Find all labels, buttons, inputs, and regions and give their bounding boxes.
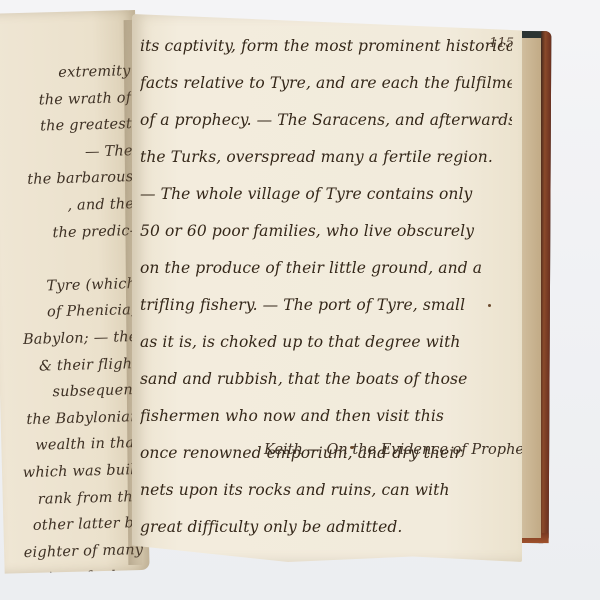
right-line: of a prophecy. — The Saracens, and after… xyxy=(140,102,512,139)
left-line: which was built xyxy=(2,457,142,487)
right-line: on the produce of their little ground, a… xyxy=(140,250,512,287)
right-line: its captivity, form the most prominent h… xyxy=(140,28,512,65)
left-page-text: extremity the wrath of the greatest — Th… xyxy=(0,58,144,573)
left-line: of Phenicia) xyxy=(0,297,137,327)
right-line: 50 or 60 poor families, who live obscure… xyxy=(140,213,512,250)
left-line: Babylon; — the xyxy=(0,324,138,354)
right-line: sand and rubbish, that the boats of thos… xyxy=(140,361,512,398)
left-line: the Babylonian xyxy=(0,404,140,434)
right-page: 115 its captivity, form the most promine… xyxy=(132,14,522,562)
right-line: the Turks, overspread many a fertile reg… xyxy=(140,139,512,176)
left-line: Tyre (which xyxy=(0,271,137,301)
manuscript-photo: extremity the wrath of the greatest — Th… xyxy=(0,0,600,600)
left-line xyxy=(0,244,136,274)
right-line: facts relative to Tyre, and are each the… xyxy=(140,65,512,102)
left-line: — The xyxy=(0,138,133,168)
left-line: wealth in that xyxy=(1,430,141,460)
left-line: & their flight xyxy=(0,351,139,381)
right-line: great difficulty only be admitted. xyxy=(140,509,512,546)
left-line: , and the xyxy=(0,191,134,221)
left-line: extremity xyxy=(0,58,131,88)
right-line: nets upon its rocks and ruins, can with xyxy=(140,472,512,509)
left-line: the wrath of xyxy=(0,85,132,115)
left-line: the barbarous xyxy=(0,164,134,194)
right-line: trifling fishery. — The port of Tyre, sm… xyxy=(140,287,512,324)
left-line: eighter of many xyxy=(4,537,144,567)
left-line: subsequent xyxy=(0,377,139,407)
left-line: rank from the xyxy=(2,483,142,513)
ink-spot xyxy=(350,446,354,449)
right-line: — The whole village of Tyre contains onl… xyxy=(140,176,512,213)
attribution: Keith — On the Evidence of Prophecy xyxy=(264,442,540,458)
left-line: the predic- xyxy=(0,218,135,248)
right-page-text: its captivity, form the most prominent h… xyxy=(140,28,512,546)
ink-spot xyxy=(488,304,491,307)
left-line: the greatest xyxy=(0,111,132,141)
left-line: other latter by xyxy=(3,510,143,540)
right-line: as it is, is choked up to that degree wi… xyxy=(140,324,512,361)
right-line: fishermen who now and then visit this xyxy=(140,398,512,435)
